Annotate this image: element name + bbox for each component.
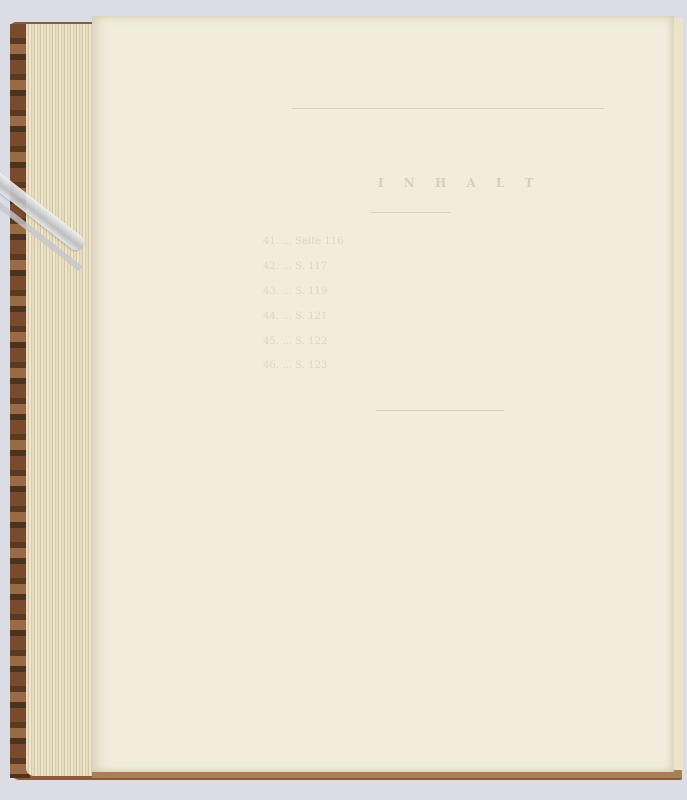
header-rule (292, 108, 604, 109)
show-through-entry: 43. … S. 119 (263, 286, 327, 297)
show-through-entry: 42. … S. 117 (263, 261, 327, 272)
show-through-entry: 46. … S. 123 (263, 360, 327, 371)
page-stack-edges (26, 24, 94, 776)
heading-rule (370, 212, 450, 213)
show-through-heading: I N H A L T (378, 176, 542, 190)
show-through-entry: 44. … S. 121 (263, 311, 327, 322)
show-through-entry: 41. … Seite 116 (263, 236, 343, 247)
closing-rule (376, 410, 504, 411)
book-page (92, 16, 674, 772)
show-through-entry: 45. … S. 122 (263, 336, 327, 347)
